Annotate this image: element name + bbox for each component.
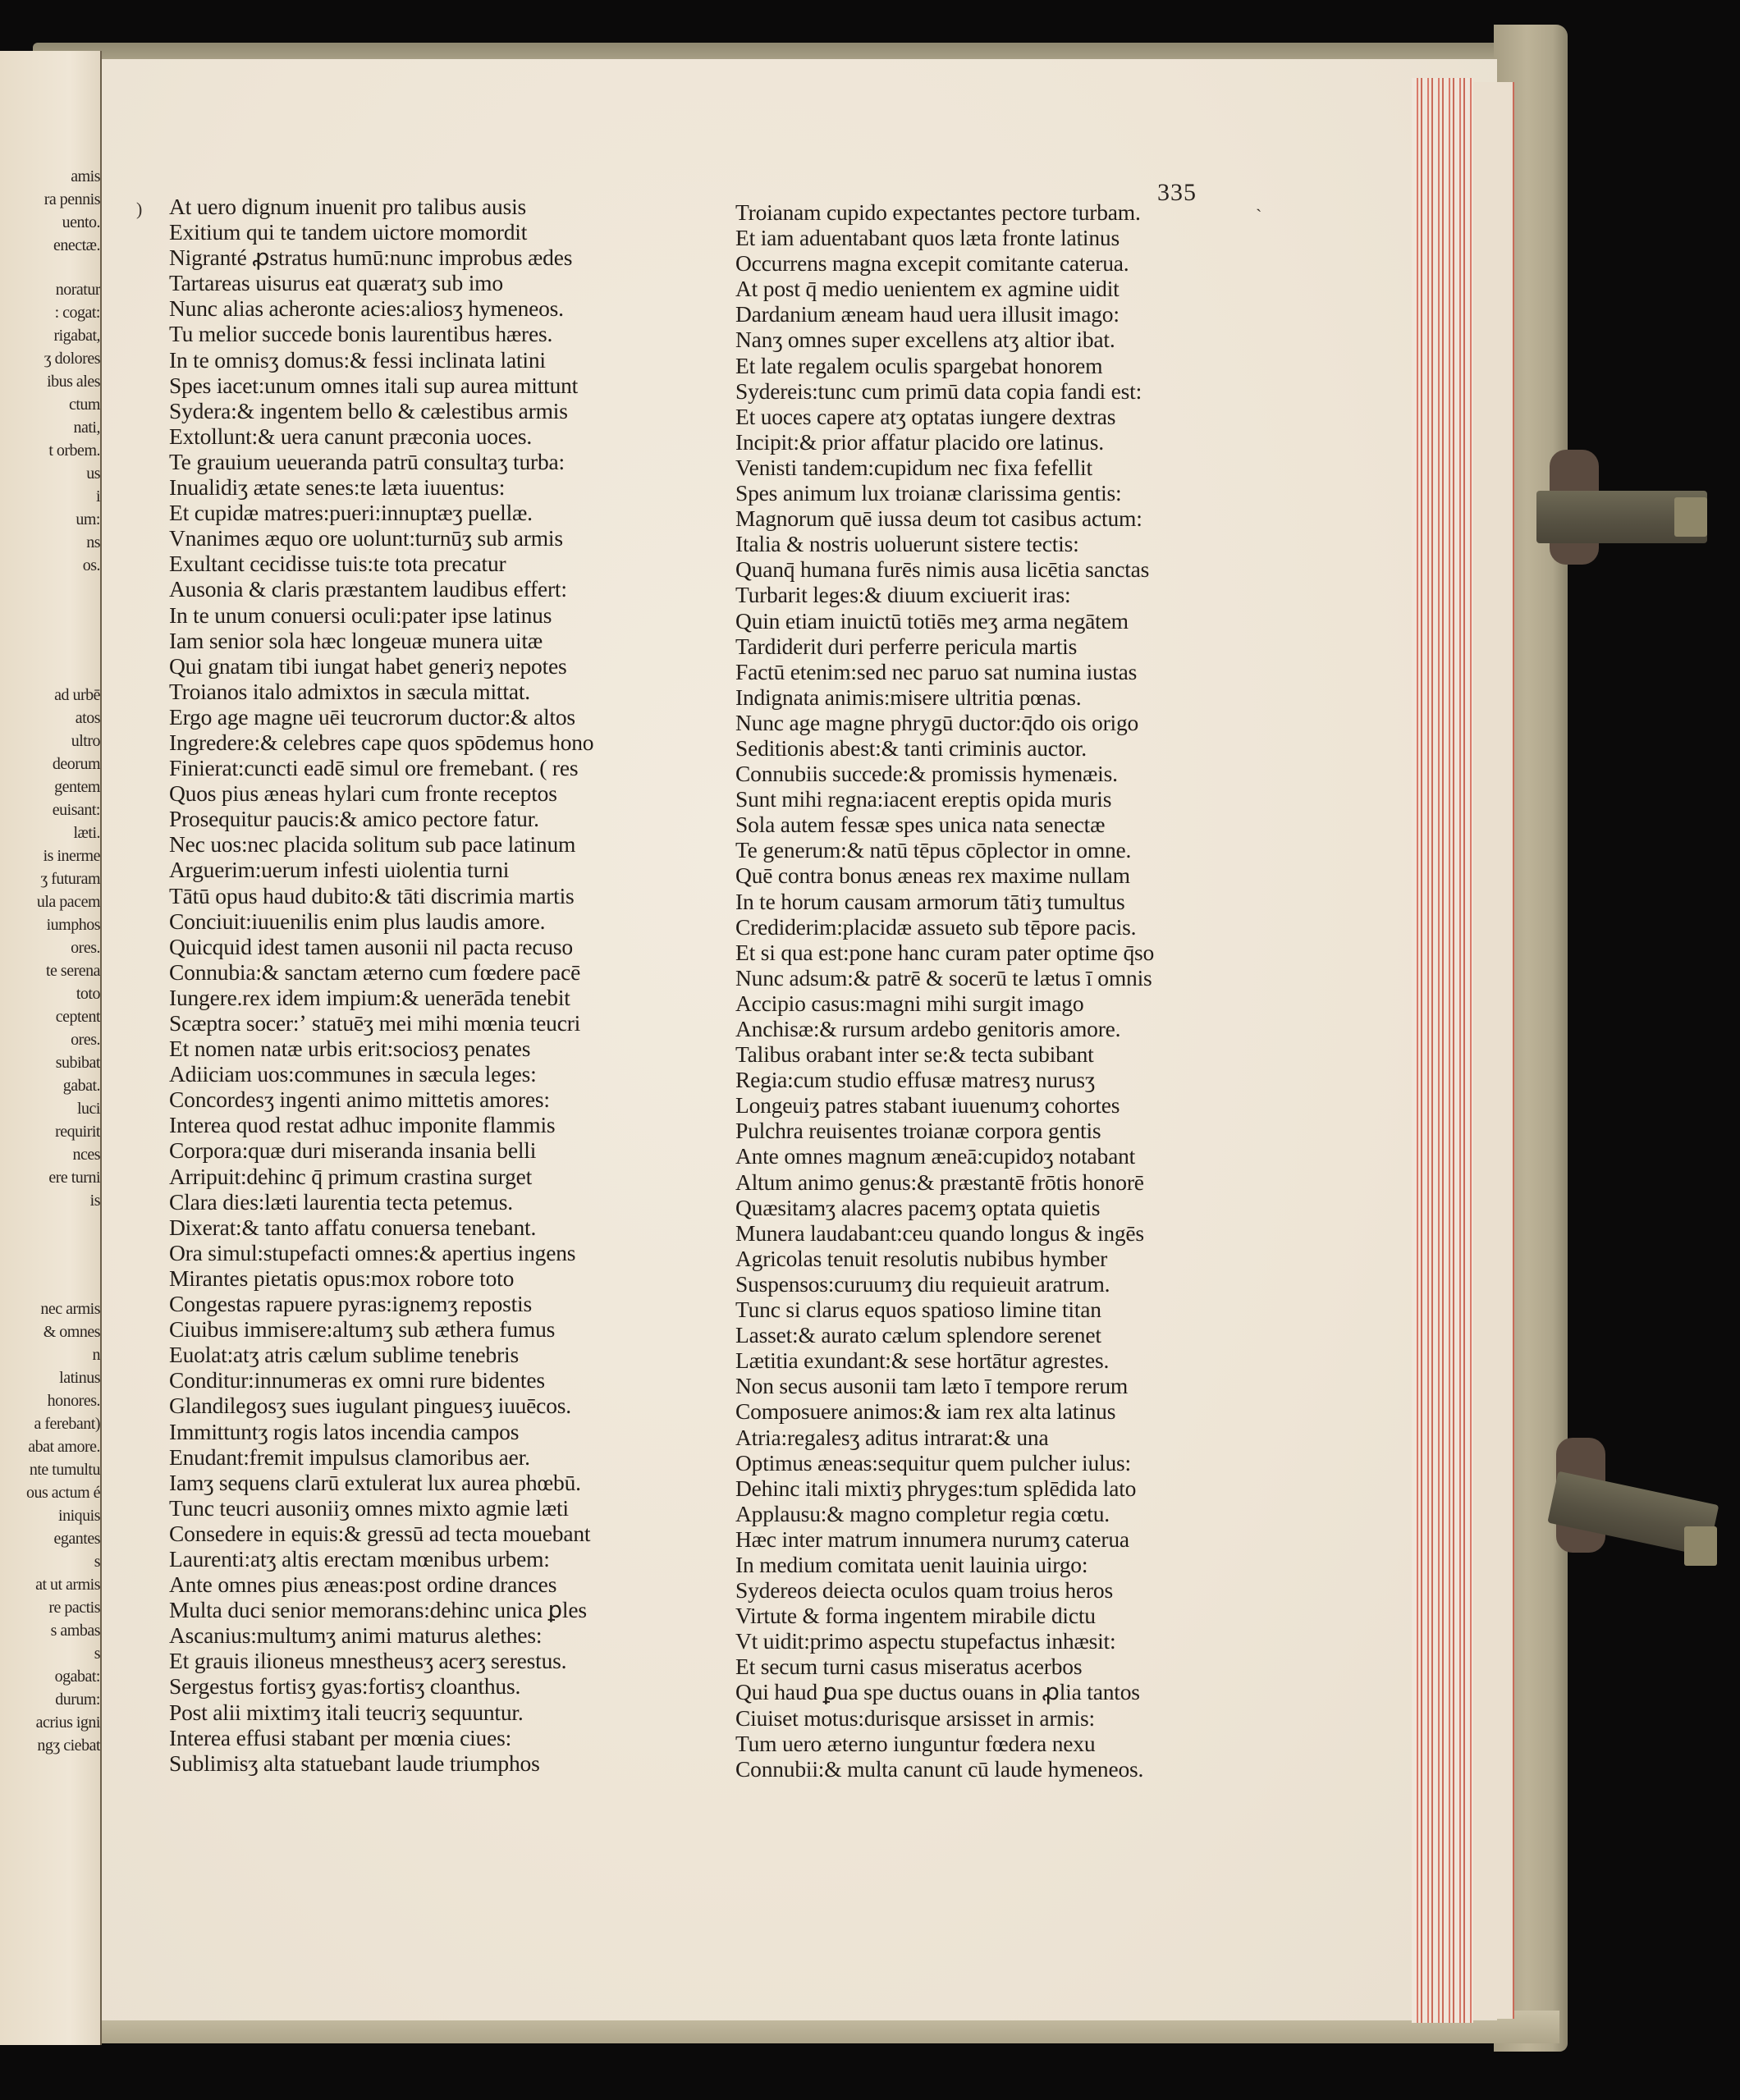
verse-line: At uero dignum inuenit pro talibus ausis [169,194,593,219]
verse-line: Ora simul:stupefacti omnes:& apertius in… [169,1240,593,1265]
verse-line: Iamʒ sequens clarū extulerat lux aurea p… [169,1470,593,1495]
verso-text-fragment: ad urbē [0,683,100,707]
verso-text-fragment: nati, [0,415,100,440]
verse-line: Nunc alias acheronte acies:aliosʒ hymene… [169,295,593,321]
verse-line: Finierat:cuncti eadē simul ore fremebant… [169,755,593,780]
verse-line: Et iam aduentabant quos læta fronte lati… [735,225,1154,250]
verse-line: Applausu:& magno completur regia cœtu. [735,1501,1154,1526]
verso-text-fragment: ceptent [0,1004,100,1029]
verse-line: Lasset:& aurato cælum splendore serenet [735,1322,1154,1347]
clasp-tip-upper [1674,497,1707,537]
verse-line: Conditur:innumeras ex omni rure bidentes [169,1367,593,1393]
verse-line: Longeuiʒ patres stabant iuuenumʒ cohorte… [735,1092,1154,1118]
verso-text-fragment: egantes [0,1526,100,1551]
verso-text-fragment: a ferebant) [0,1411,100,1436]
verse-line: Et uoces capere atʒ optatas iungere dext… [735,404,1154,429]
text-column-left: At uero dignum inuenit pro talibus ausis… [169,194,593,1776]
verse-line: Euolat:atʒ atris cælum sublime tenebris [169,1342,593,1367]
verse-line: Nunc age magne phrygū ductor:q̄do ois or… [735,710,1154,735]
verso-text-fragment: ibus ales [0,369,100,394]
verse-line: Et nomen natæ urbis erit:sociosʒ penates [169,1036,593,1061]
margin-tick-mark: ` [1256,205,1261,226]
verse-line: Dardanium æneam haud uera illusit imago: [735,301,1154,327]
verse-line: In te unum conuersi oculi:pater ipse lat… [169,602,593,628]
verse-line: Dixerat:& tanto affatu conuersa tenebant… [169,1215,593,1240]
verse-line: Ciuiset motus:durisque arsisset in armis… [735,1705,1154,1731]
verso-text-fragment: nte tumultu [0,1457,100,1482]
verso-text-fragment: & omnes [0,1320,100,1344]
verso-text-fragment: s [0,1549,100,1574]
verso-text-fragment: honores. [0,1389,100,1413]
verso-text-fragment: deorum [0,752,100,776]
verso-text-fragment: ere turni [0,1165,100,1190]
margin-bracket-mark: ) [136,199,142,220]
verse-line: Post alii mixtimʒ itali teucriʒ sequuntu… [169,1700,593,1725]
verso-text-fragment: ra pennis [0,187,100,212]
verse-line: Incipit:& prior affatur placido ore lati… [735,429,1154,455]
verso-text-fragment: n [0,1343,100,1367]
verse-line: Sydera:& ingentem bello & cælestibus arm… [169,398,593,423]
verse-line: Regia:cum studio effusæ matresʒ nurusʒ [735,1067,1154,1092]
verse-line: Spes animum lux troianæ clarissima genti… [735,480,1154,506]
verso-text-fragment: uento. [0,210,100,235]
verse-line: Agricolas tenuit resolutis nubibus hymbe… [735,1246,1154,1271]
verse-line: Glandilegosʒ sues iugulant pinguesʒ iuuē… [169,1393,593,1418]
verse-line: Ascanius:multumʒ animi maturus alethes: [169,1622,593,1648]
verso-text-fragment: ʒ futuram [0,867,100,891]
verse-line: Non secus ausonii tam læto ī tempore rer… [735,1373,1154,1398]
verso-text-fragment: abat amore. [0,1434,100,1459]
verse-line: Tu melior succede bonis laurentibus hære… [169,321,593,346]
verse-line: Quē contra bonus æneas rex maxime nullam [735,862,1154,888]
verse-line: Extollunt:& uera canunt præconia uoces. [169,423,593,449]
verse-line: Mirantes pietatis opus:mox robore toto [169,1265,593,1291]
verso-text-fragment: latinus [0,1366,100,1390]
verse-line: Indignata animis:misere ultritia pœnas. [735,684,1154,710]
verso-text-fragment: is [0,1188,100,1213]
verse-line: Iungere.rex idem impium:& uenerāda teneb… [169,985,593,1010]
verso-text-fragment: luci [0,1096,100,1121]
verse-line: Connubiis succede:& promissis hymenæis. [735,761,1154,786]
verse-line: At post q̄ medio uenientem ex agmine uid… [735,276,1154,301]
verso-text-fragment: atos [0,706,100,730]
verse-line: Clara dies:læti laurentia tecta petemus. [169,1189,593,1215]
verso-text-fragment: um: [0,507,100,532]
verso-text-fragment: noratur [0,277,100,302]
verse-line: Enudant:fremit impulsus clamoribus aer. [169,1444,593,1470]
verse-line: Tunc si clarus equos spatioso limine tit… [735,1297,1154,1322]
verso-text-fragment: iumphos [0,913,100,937]
verse-line: Sunt mihi regna:iacent ereptis opida mur… [735,786,1154,812]
verse-line: Inualidiʒ ætate senes:te læta iuuentus: [169,474,593,500]
verse-line: Exitium qui te tandem uictore momordit [169,219,593,245]
verse-line: Corpora:quæ duri miseranda insania belli [169,1137,593,1163]
verso-text-fragment: ngʒ ciebat [0,1733,100,1758]
verse-line: Et cupidæ matres:pueri:innuptæʒ puellæ. [169,500,593,525]
verse-line: Interea quod restat adhuc imponite flamm… [169,1112,593,1137]
verse-line: Conciuit:iuuenilis enim plus laudis amor… [169,908,593,934]
verse-line: Tum uero æterno iunguntur fœdera nexu [735,1731,1154,1756]
verse-line: Interea effusi stabant per mœnia ciues: [169,1725,593,1750]
verse-line: Anchisæ:& rursum ardebo genitoris amore. [735,1016,1154,1041]
verse-line: Quicquid idest tamen ausonii nil pacta r… [169,934,593,959]
verso-text-fragment: nec armis [0,1297,100,1321]
verse-line: Lætitia exundant:& sese hortātur agreste… [735,1347,1154,1373]
verso-text-fragment: re pactis [0,1595,100,1620]
verse-line: Turbarit leges:& diuum exciuerit iras: [735,582,1154,607]
left-page-verso: amisra pennisuento.enectæ.noratur: cogat… [0,51,102,2045]
verse-line: Tartareas uisurus eat quærat​ʒ sub imo [169,270,593,295]
verso-text-fragment: ʒ dolores [0,346,100,371]
verse-line: Altum animo genus:& præstantē frōtis hon… [735,1169,1154,1195]
verse-line: In te omnisʒ domus:& fessi inclinata lat… [169,347,593,373]
verse-line: Atria:regalesʒ aditus intrarat:& una [735,1425,1154,1450]
verse-line: Multa duci senior memorans:dehinc unica … [169,1597,593,1622]
verse-line: Suspensos:curuumʒ diu requieuit aratrum. [735,1271,1154,1297]
verso-text-fragment: t orbem. [0,438,100,463]
verse-line: Qui gnatam tibi iungat habet generiʒ nep… [169,653,593,679]
verse-line: Sola autem fessæ spes unica nata senectæ [735,812,1154,837]
verso-text-fragment: enectæ. [0,233,100,258]
verso-text-fragment: ogabat: [0,1664,100,1689]
verse-line: Sublimisʒ alta statuebant laude triumpho… [169,1750,593,1776]
verse-line: Et grauis ilioneus mnestheusʒ acerʒ sere… [169,1648,593,1673]
verso-text-fragment: s [0,1641,100,1666]
verse-line: Consedere in equis:& gressū ad tecta mou… [169,1521,593,1546]
verso-text-fragment: ores. [0,1027,100,1052]
verse-line: Italia & nostris uoluerunt sistere tecti… [735,531,1154,556]
verso-text-fragment: te serena [0,958,100,983]
verse-line: Connubii:& multa canunt cū laude hymeneo… [735,1756,1154,1782]
verse-line: Accipio casus:magni mihi surgit imago [735,991,1154,1016]
verse-line: Arguerim:uerum infesti uiolentia turni [169,857,593,882]
verse-line: Munera laudabant:ceu quando longus & ing… [735,1220,1154,1246]
page-edge-margin [1473,82,1514,2019]
verse-line: Vnanimes æquo ore uolunt:turnūʒ sub armi… [169,525,593,551]
verse-line: Crediderim:placidæ assueto sub tēpore pa… [735,914,1154,940]
verso-text-fragment: ns [0,530,100,555]
verse-line: Ingredere:& celebres cape quos spōdemus … [169,730,593,755]
verse-line: Qui haud ꝑua spe ductus ouans in ꝓlia ta… [735,1679,1154,1704]
verse-line: Arripuit:dehinc q̄ primum crastina surge… [169,1164,593,1189]
verso-text-fragment: gabat. [0,1073,100,1098]
page-number: 335 [1157,179,1197,207]
verso-text-fragment: ctum [0,392,100,417]
verse-line: Seditionis abest:& tanti criminis auctor… [735,735,1154,761]
verso-text-fragment: toto [0,981,100,1006]
verso-text-fragment: at ut armis [0,1572,100,1597]
verse-line: Et secum turni casus miseratus acerbos [735,1654,1154,1679]
verso-text-fragment: requirit [0,1119,100,1144]
verse-line: Optimus æneas:sequitur quem pulcher iulu… [735,1450,1154,1475]
verse-line: Occurrens magna excepit comitante cateru… [735,250,1154,276]
verse-line: Nec uos:nec placida solitum sub pace lat… [169,831,593,857]
verso-text-fragment: nces [0,1142,100,1167]
verse-line: Adiiciam uos:communes in sæcula leges: [169,1061,593,1087]
verse-line: Quin etiam inuictū totiēs meʒ arma negāt… [735,608,1154,634]
verso-text-fragment: læti. [0,821,100,845]
verse-line: Dehinc itali mixtiʒ phryges:tum splēdida… [735,1475,1154,1501]
verse-line: In medium comitata uenit lauinia uirgo: [735,1552,1154,1577]
verso-text-fragment: us [0,461,100,486]
rubricated-fore-edge [1412,78,1473,2023]
verse-line: Quos pius æneas hylari cum fronte recept… [169,780,593,806]
clasp-tip-lower [1684,1526,1717,1566]
verse-line: Laurenti:atʒ altis erectam mœnibus urbem… [169,1546,593,1572]
verse-line: Te generum:& natū tēpus cōplector in omn… [735,837,1154,862]
verse-line: Spes iacet:unum omnes itali sup aurea mi… [169,373,593,398]
verso-text-fragment: ores. [0,936,100,960]
verse-line: Nunc adsum:& patrē & socerū te lætus ī o… [735,965,1154,991]
verso-text-fragment: s ambas [0,1618,100,1643]
verse-line: Sergestus fortisʒ gyas:fortisʒ cloanthus… [169,1673,593,1699]
verse-line: Te grauium ueueranda patrū consultaʒ tur… [169,449,593,474]
verso-text-fragment: gentem [0,775,100,799]
verse-line: Connubia:& sanctam æterno cum fœdere pac… [169,959,593,985]
verse-line: Composuere animos:& iam rex alta latinus [735,1398,1154,1424]
verse-line: Ergo age magne uēi teucrorum ductor:& al… [169,704,593,730]
verse-line: Ausonia & claris præstantem laudibus eff… [169,576,593,602]
verse-line: Concordesʒ ingenti animo mittetis amores… [169,1087,593,1112]
verse-line: Quanq̄ humana furēs nimis ausa licētia s… [735,556,1154,582]
verse-line: Tātū opus haud dubito:& tāti discrimia m… [169,883,593,908]
verse-line: Congestas rapuere pyras:ignemʒ repostis [169,1291,593,1316]
text-column-right: Troianam cupido expectantes pectore turb… [735,199,1154,1782]
verse-line: Immittuntʒ rogis latos incendia campos [169,1419,593,1444]
verso-text-fragment: iniquis [0,1503,100,1528]
verso-text-fragment: : cogat: [0,300,100,325]
verse-line: Troianam cupido expectantes pectore turb… [735,199,1154,225]
verse-line: Et si qua est:pone hanc curam pater opti… [735,940,1154,965]
verso-text-fragment: amis [0,164,100,189]
verse-line: Factū etenim:sed nec paruo sat numina iu… [735,659,1154,684]
verse-line: Vt uidit:primo aspectu stupefactus inhæs… [735,1628,1154,1654]
verso-text-fragment: os. [0,553,100,578]
verse-line: Hæc inter matrum innumera nurumʒ caterua [735,1526,1154,1552]
verse-line: Et late regalem oculis spargebat honorem [735,353,1154,378]
verse-line: Tunc teucri ausoniiʒ omnes mixto agmie l… [169,1495,593,1521]
verse-line: Ciuibus immisere:altumʒ sub æthera fumus [169,1316,593,1342]
verse-line: Iam senior sola hæc longeuæ munera uitæ [169,628,593,653]
verso-text-fragment: subibat [0,1050,100,1075]
verso-text-fragment: is inerme [0,844,100,868]
verse-line: Pulchra reuisentes troianæ corpora genti… [735,1118,1154,1143]
verse-line: Quæsitamʒ alacres pacemʒ optata quietis [735,1195,1154,1220]
verse-line: Ante omnes pius æneas:post ordine drance… [169,1572,593,1597]
verso-text-fragment: rigabat, [0,323,100,348]
verso-text-fragment: ous actum é [0,1480,100,1505]
verse-line: Nanʒ omnes super excellens atʒ altior ib… [735,327,1154,352]
verse-line: Talibus orabant inter se:& tecta subiban… [735,1041,1154,1067]
verso-text-fragment: acrius igni [0,1710,100,1735]
verse-line: In te horum causam armorum tātiʒ tumultu… [735,889,1154,914]
verso-text-fragment: durum: [0,1687,100,1712]
verso-text-fragment: ula pacem [0,890,100,914]
verse-line: Sydereis:tunc cum primū data copia fandi… [735,378,1154,404]
verse-line: Prosequitur paucis:& amico pectore fatur… [169,806,593,831]
verse-line: Troianos italo admixtos in sæcula mittat… [169,679,593,704]
verso-text-fragment: ultro [0,729,100,753]
verse-line: Exultant cecidisse tuis:te tota precatur [169,551,593,576]
verse-line: Tardiderit duri perferre pericula martis [735,634,1154,659]
verso-text-fragment: i [0,484,100,509]
verse-line: Nigranté ꝓstratus humū:nunc improbus æde… [169,245,593,270]
verse-line: Magnorum quē iussa deum tot casibus actu… [735,506,1154,531]
verse-line: Sydereos deiecta oculos quam troius hero… [735,1577,1154,1603]
verso-text-fragment: euisant: [0,798,100,822]
verse-line: Ante omnes magnum æneā:cupidoʒ notabant [735,1143,1154,1169]
verse-line: Venisti tandem:cupidum nec fixa fefellit [735,455,1154,480]
verse-line: Scæptra socer:ʼ statuēʒ mei mihi mœnia t… [169,1010,593,1036]
verse-line: Virtute & forma ingentem mirabile dictu [735,1603,1154,1628]
